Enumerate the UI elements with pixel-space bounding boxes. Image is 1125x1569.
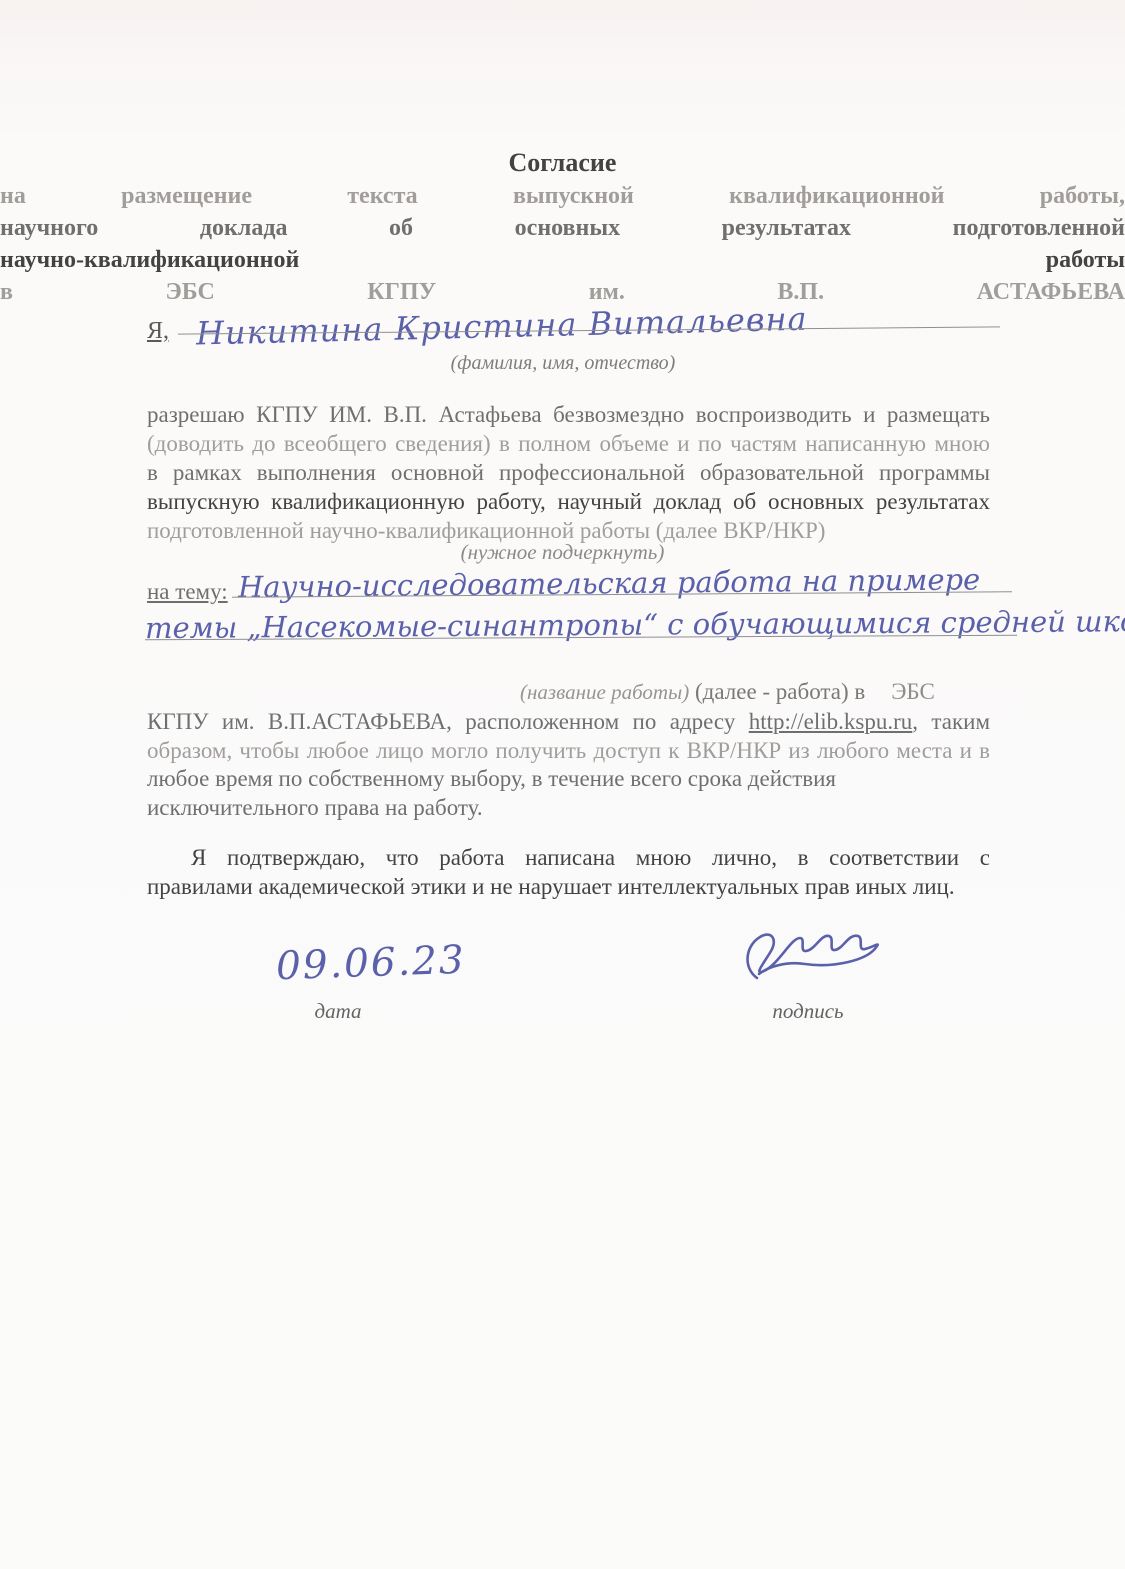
date-label: дата [278,999,398,1024]
permission-paragraph-line: выпускную квалификационную работу, научн… [147,487,990,516]
title-subtitle-line: в ЭБС КГПУ им. В.П. АСТАФЬЕВА [0,276,1125,308]
name-caption: (фамилия, имя, отчество) [363,352,763,375]
underline-note: (нужное подчеркнуть) [0,540,1125,565]
signature-handwriting [733,918,893,996]
location-paragraph-line: КГПУ им. В.П.АСТАФЬЕВА, расположенном по… [147,708,990,737]
title-subtitle-line: научного доклада об основных результатах… [0,212,1125,244]
permission-paragraph-line: в рамках выполнения основной профессиона… [147,458,990,487]
location-paragraph-line: исключительного права на работу. [147,794,990,823]
date-handwriting: 09.06.23 [275,938,466,990]
location-line-prefix: КГПУ им. В.П.АСТАФЬЕВА, расположенном по… [147,709,749,734]
declarant-prefix: Я, [147,318,169,345]
confirmation-paragraph: Я подтверждаю, что работа написана мною … [147,843,990,901]
permission-paragraph-line: разрешаю КГПУ ИМ. В.П. Астафьева безвозм… [147,400,990,429]
title-subtitle-line: на размещение текста выпускной квалифика… [0,180,1125,212]
ebs-text: ЭБС [891,679,935,704]
confirmation-paragraph-line: правилами академической этики и не наруш… [147,872,990,901]
work-caption-italic: (название работы) [520,680,689,704]
permission-paragraph-line: (доводить до всеобщего сведения) в полно… [147,429,990,458]
signature-label: подпись [748,999,868,1024]
title-block: Согласие на размещение текста выпускной … [0,146,1125,308]
confirmation-paragraph-line: Я подтверждаю, что работа написана мною … [147,843,990,872]
work-caption: (название работы) (далее - работа) вЭБС [520,679,935,705]
title-subtitle-lines: на размещение текста выпускной квалифика… [0,180,1125,308]
page-title: Согласие [0,146,1125,180]
scanned-consent-document: Согласие на размещение текста выпускной … [0,0,1125,1569]
elib-link: http://elib.kspu.ru [749,709,913,734]
topic-handwriting-line-1: Научно-исследовательская работа на приме… [238,562,1018,604]
location-paragraph: КГПУ им. В.П.АСТАФЬЕВА, расположенном по… [147,708,990,822]
topic-label: на тему: [147,579,228,605]
location-line-suffix: , таким [912,709,990,734]
location-paragraph-line: образом, чтобы любое лицо могло получить… [147,737,990,766]
location-paragraph-line: любое время по собственному выбору, в те… [147,765,990,794]
location-paragraph-lines: образом, чтобы любое лицо могло получить… [147,737,990,823]
work-caption-regular: (далее - работа) в [695,679,865,704]
title-subtitle-line: научно-квалификационной работы [0,244,1125,276]
permission-paragraph: разрешаю КГПУ ИМ. В.П. Астафьева безвозм… [147,400,990,545]
